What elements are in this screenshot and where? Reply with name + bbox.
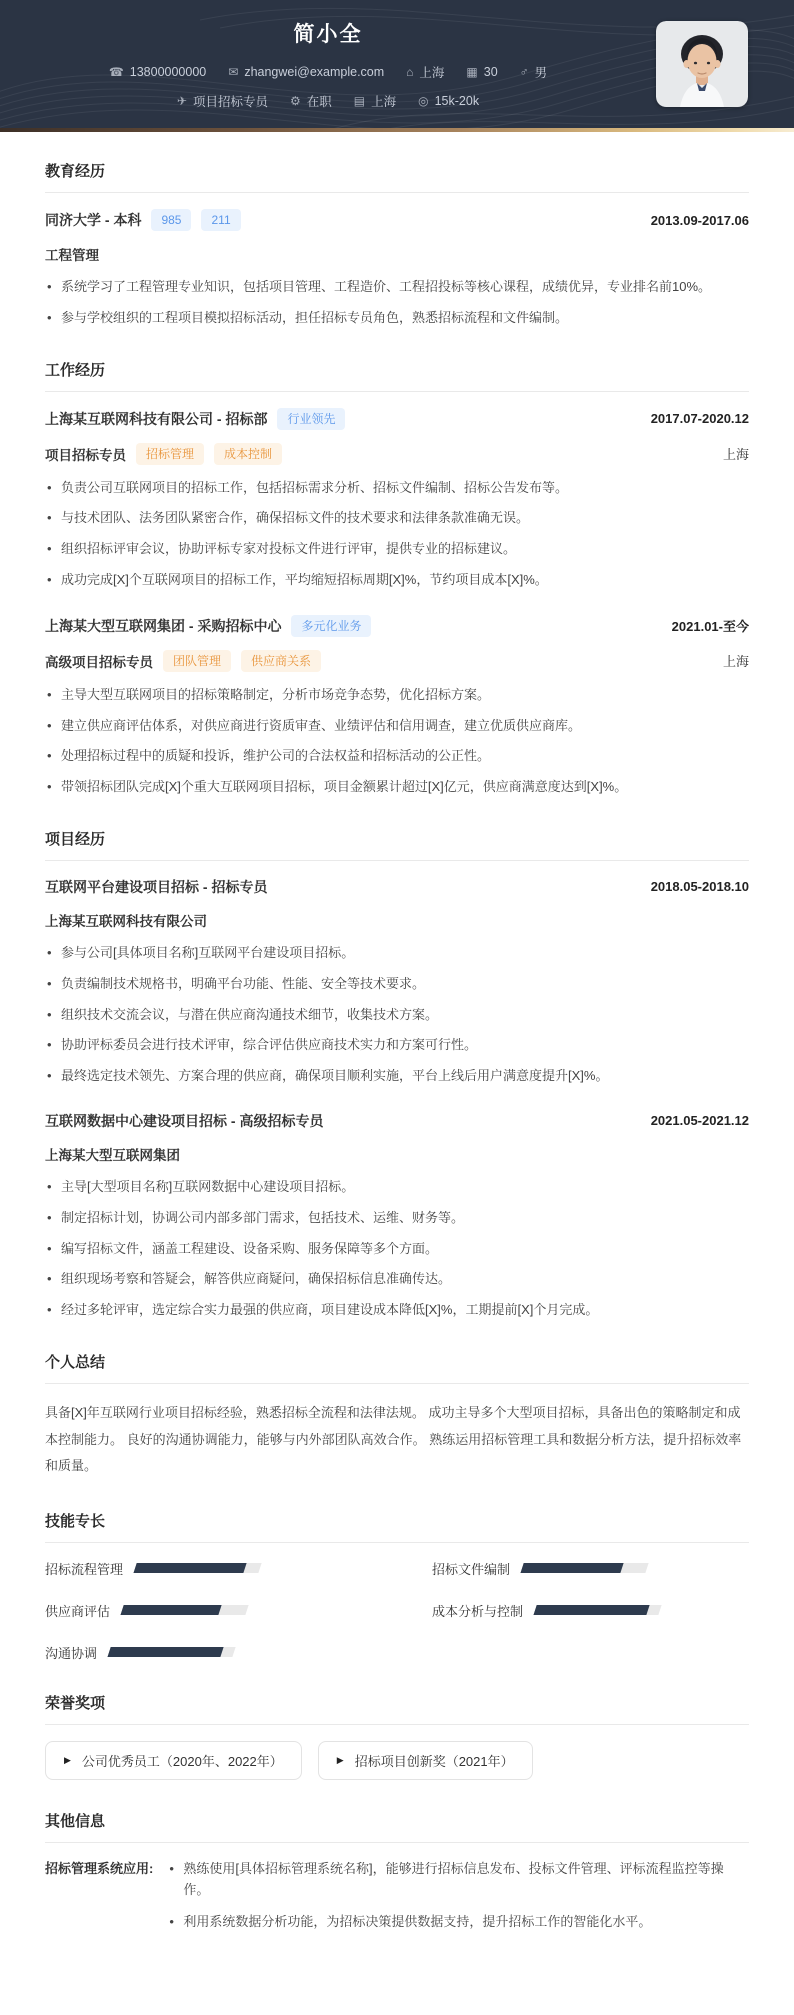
work-title: 工作经历: [45, 359, 749, 392]
candidate-name: 简小全: [0, 18, 656, 48]
education-entry: 同济大学 - 本科 985 211 2013.09-2017.06 工程管理 系…: [45, 209, 749, 329]
skill-bar-track: [120, 1605, 248, 1615]
summary-text: 具备[X]年互联网行业项目招标经验，熟悉招标全流程和法律法规。 成功主导多个大型…: [45, 1400, 749, 1480]
bullet-item: 组织招标评审会议，协助评标专家对投标文件进行评审，提供专业的招标建议。: [45, 539, 749, 560]
gear-icon: ⚙: [290, 95, 301, 107]
bullet-item: 系统学习了工程管理专业知识，包括项目管理、工程造价、工程招投标等核心课程，成绩优…: [45, 277, 749, 298]
job-status-item: ⚙ 在职: [290, 92, 332, 110]
skill-bar-track: [533, 1605, 661, 1615]
section-skills: 技能专长 招标流程管理 招标文件编制 供应商评估: [45, 1510, 749, 1662]
bullet-item: 协助评标委员会进行技术评审，综合评估供应商技术实力和方案可行性。: [45, 1035, 749, 1056]
home-icon: ⌂: [406, 66, 413, 78]
bullet-item: 主导[大型项目名称]互联网数据中心建设项目招标。: [45, 1177, 749, 1198]
work-entry: 上海某互联网科技有限公司 - 招标部 行业领先 2017.07-2020.12 …: [45, 408, 749, 591]
role-badge: 供应商关系: [241, 650, 321, 672]
work-date: 2017.07-2020.12: [651, 411, 749, 426]
honors-row: ▶ 公司优秀员工（2020年、2022年） ▶ 招标项目创新奖（2021年）: [45, 1741, 749, 1780]
company-name: 上海某大型互联网集团 - 采购招标中心: [45, 616, 281, 636]
resume-body: 教育经历 同济大学 - 本科 985 211 2013.09-2017.06 工…: [0, 132, 794, 2015]
badge-211: 211: [201, 209, 240, 231]
work-bullets: 主导大型互联网项目的招标策略制定，分析市场竞争态势，优化招标方案。建立供应商评估…: [45, 685, 749, 798]
skill-bar-fill: [133, 1563, 246, 1573]
role-badge: 团队管理: [163, 650, 231, 672]
work-role-row: 高级项目招标专员 团队管理 供应商关系 上海: [45, 650, 749, 672]
target-city-item: ▤ 上海: [354, 92, 396, 110]
gender-item: ♂ 男: [520, 63, 548, 81]
target-icon: ◎: [418, 95, 428, 107]
project-company: 上海某大型互联网集团: [45, 1144, 180, 1164]
section-honors: 荣誉奖项 ▶ 公司优秀员工（2020年、2022年） ▶ 招标项目创新奖（202…: [45, 1692, 749, 1780]
bullet-item: 带领招标团队完成[X]个重大互联网项目招标，项目金额累计超过[X]亿元，供应商满…: [45, 777, 749, 798]
bullet-item: 熟练使用[具体招标管理系统名称]，能够进行招标信息发布、投标文件管理、评标流程监…: [167, 1859, 749, 1901]
target-job-text: 项目招标专员: [193, 92, 268, 110]
skill-row: 招标流程管理: [45, 1559, 362, 1578]
work-role-row: 项目招标专员 招标管理 成本控制 上海: [45, 443, 749, 465]
skills-grid: 招标流程管理 招标文件编制 供应商评估: [45, 1559, 749, 1662]
bullet-item: 最终选定技术领先、方案合理的供应商，确保项目顺利实施，平台上线后用户满意度提升[…: [45, 1066, 749, 1087]
other-info-row: 招标管理系统应用: 熟练使用[具体招标管理系统名称]，能够进行招标信息发布、投标…: [45, 1859, 749, 1945]
project-company: 上海某互联网科技有限公司: [45, 910, 207, 930]
education-title: 教育经历: [45, 160, 749, 193]
work-location: 上海: [723, 651, 749, 670]
age-text: 30: [484, 65, 498, 79]
project-date: 2021.05-2021.12: [651, 1113, 749, 1128]
bullet-item: 编写招标文件，涵盖工程建设、设备采购、服务保障等多个方面。: [45, 1239, 749, 1260]
bullet-item: 建立供应商评估体系，对供应商进行资质审查、业绩评估和信用调查，建立优质供应商库。: [45, 716, 749, 737]
project-entry: 互联网数据中心建设项目招标 - 高级招标专员 2021.05-2021.12 上…: [45, 1111, 749, 1321]
education-date: 2013.09-2017.06: [651, 213, 749, 228]
role-badge: 招标管理: [136, 443, 204, 465]
resume-page: 简小全 ☎ 13800000000 ✉ zhangwei@example.com…: [0, 0, 794, 2015]
project-company-row: 上海某互联网科技有限公司: [45, 910, 749, 930]
resume-header: 简小全 ☎ 13800000000 ✉ zhangwei@example.com…: [0, 0, 794, 132]
education-bullets: 系统学习了工程管理专业知识，包括项目管理、工程造价、工程招投标等核心课程，成绩优…: [45, 277, 749, 329]
bullet-item: 组织技术交流会议，与潜在供应商沟通技术细节，收集技术方案。: [45, 1005, 749, 1026]
skill-label: 招标流程管理: [45, 1559, 123, 1578]
work-bullets: 负责公司互联网项目的招标工作，包括招标需求分析、招标文件编制、招标公告发布等。与…: [45, 478, 749, 591]
projects-title: 项目经历: [45, 828, 749, 861]
project-bullets: 参与公司[具体项目名称]互联网平台建设项目招标。负责编制技术规格书，明确平台功能…: [45, 943, 749, 1087]
target-job-item: ✈ 项目招标专员: [177, 92, 268, 110]
send-icon: ✈: [177, 95, 187, 107]
header-accent-bar: [0, 128, 794, 132]
company-badge: 多元化业务: [291, 615, 371, 637]
project-company-row: 上海某大型互联网集团: [45, 1144, 749, 1164]
email-item: ✉ zhangwei@example.com: [228, 65, 384, 79]
company-badge: 行业领先: [277, 408, 345, 430]
gender-text: 男: [535, 63, 548, 81]
skill-bar-track: [520, 1563, 648, 1573]
skill-row: 招标文件编制: [432, 1559, 749, 1578]
bullet-item: 参与公司[具体项目名称]互联网平台建设项目招标。: [45, 943, 749, 964]
avatar: [656, 21, 748, 107]
work-location: 上海: [723, 444, 749, 463]
other-bullets: 熟练使用[具体招标管理系统名称]，能够进行招标信息发布、投标文件管理、评标流程监…: [167, 1859, 749, 1945]
job-status-text: 在职: [307, 92, 332, 110]
location-item: ⌂ 上海: [406, 63, 444, 81]
project-date: 2018.05-2018.10: [651, 879, 749, 894]
skill-bar-fill: [520, 1563, 623, 1573]
work-company-row: 上海某互联网科技有限公司 - 招标部 行业领先 2017.07-2020.12: [45, 408, 749, 430]
target-city-text: 上海: [371, 92, 396, 110]
skills-title: 技能专长: [45, 1510, 749, 1543]
skill-label: 招标文件编制: [432, 1559, 510, 1578]
skill-bar-fill: [120, 1605, 221, 1615]
bullet-item: 参与学校组织的工程项目模拟招标活动，担任招标专员角色，熟悉招标流程和文件编制。: [45, 308, 749, 329]
project-entry: 互联网平台建设项目招标 - 招标专员 2018.05-2018.10 上海某互联…: [45, 877, 749, 1087]
skill-bar-track: [107, 1647, 235, 1657]
project-title-row: 互联网数据中心建设项目招标 - 高级招标专员 2021.05-2021.12: [45, 1111, 749, 1131]
skill-row: 供应商评估: [45, 1601, 362, 1620]
bullet-item: 与技术团队、法务团队紧密合作，确保招标文件的技术要求和法律条款准确无误。: [45, 508, 749, 529]
role-badge: 成本控制: [214, 443, 282, 465]
honor-text: 公司优秀员工（2020年、2022年）: [82, 1751, 283, 1770]
project-title-row: 互联网平台建设项目招标 - 招标专员 2018.05-2018.10: [45, 877, 749, 897]
skill-label: 成本分析与控制: [432, 1601, 523, 1620]
school-name: 同济大学 - 本科: [45, 210, 141, 230]
job-intent-row: ✈ 项目招标专员 ⚙ 在职 ▤ 上海 ◎ 15k-20k: [0, 92, 656, 110]
building-icon: ▤: [354, 95, 365, 107]
bullet-item: 负责公司互联网项目的招标工作，包括招标需求分析、招标文件编制、招标公告发布等。: [45, 478, 749, 499]
skill-label: 沟通协调: [45, 1643, 97, 1662]
salary-text: 15k-20k: [435, 94, 479, 108]
honors-title: 荣誉奖项: [45, 1692, 749, 1725]
play-icon: ▶: [64, 1756, 71, 1765]
gender-icon: ♂: [520, 66, 529, 78]
phone-number: 13800000000: [130, 65, 206, 79]
work-company-row: 上海某大型互联网集团 - 采购招标中心 多元化业务 2021.01-至今: [45, 615, 749, 637]
major-name: 工程管理: [45, 244, 99, 264]
other-title: 其他信息: [45, 1810, 749, 1843]
bullet-item: 主导大型互联网项目的招标策略制定，分析市场竞争态势，优化招标方案。: [45, 685, 749, 706]
salary-item: ◎ 15k-20k: [418, 94, 479, 108]
bullet-item: 成功完成[X]个互联网项目的招标工作，平均缩短招标周期[X]%，节约项目成本[X…: [45, 570, 749, 591]
section-work: 工作经历 上海某互联网科技有限公司 - 招标部 行业领先 2017.07-202…: [45, 359, 749, 798]
email-address: zhangwei@example.com: [244, 65, 384, 79]
education-title-row: 同济大学 - 本科 985 211 2013.09-2017.06: [45, 209, 749, 231]
bullet-item: 负责编制技术规格书，明确平台功能、性能、安全等技术要求。: [45, 974, 749, 995]
section-education: 教育经历 同济大学 - 本科 985 211 2013.09-2017.06 工…: [45, 160, 749, 329]
age-item: ▦ 30: [466, 65, 497, 79]
summary-title: 个人总结: [45, 1351, 749, 1384]
skill-row: 沟通协调: [45, 1643, 362, 1662]
work-date: 2021.01-至今: [672, 616, 749, 635]
contact-row: ☎ 13800000000 ✉ zhangwei@example.com ⌂ 上…: [0, 63, 656, 81]
project-bullets: 主导[大型项目名称]互联网数据中心建设项目招标。制定招标计划，协调公司内部多部门…: [45, 1177, 749, 1321]
bullet-item: 经过多轮评审，选定综合实力最强的供应商，项目建设成本降低[X]%，工期提前[X]…: [45, 1300, 749, 1321]
skill-row: 成本分析与控制: [432, 1601, 749, 1620]
skill-bar-track: [133, 1563, 261, 1573]
phone-item: ☎ 13800000000: [109, 65, 206, 79]
location-text: 上海: [419, 63, 444, 81]
bullet-item: 制定招标计划，协调公司内部多部门需求，包括技术、运维、财务等。: [45, 1208, 749, 1229]
honor-item: ▶ 招标项目创新奖（2021年）: [318, 1741, 533, 1780]
honor-text: 招标项目创新奖（2021年）: [355, 1751, 514, 1770]
skill-label: 供应商评估: [45, 1601, 110, 1620]
phone-icon: ☎: [109, 66, 124, 78]
bullet-item: 组织现场考察和答疑会，解答供应商疑问，确保招标信息准确传达。: [45, 1269, 749, 1290]
header-text-block: 简小全 ☎ 13800000000 ✉ zhangwei@example.com…: [0, 0, 656, 110]
play-icon: ▶: [337, 1756, 344, 1765]
bullet-item: 利用系统数据分析功能，为招标决策提供数据支持，提升招标工作的智能化水平。: [167, 1912, 749, 1933]
role-name: 项目招标专员: [45, 444, 126, 464]
badge-985: 985: [151, 209, 191, 231]
bullet-item: 处理招标过程中的质疑和投诉，维护公司的合法权益和招标活动的公正性。: [45, 746, 749, 767]
other-label: 招标管理系统应用:: [45, 1859, 153, 1880]
section-other: 其他信息 招标管理系统应用: 熟练使用[具体招标管理系统名称]，能够进行招标信息…: [45, 1810, 749, 1945]
profile-photo: [656, 21, 748, 107]
skill-bar-fill: [107, 1647, 223, 1657]
project-name: 互联网平台建设项目招标 - 招标专员: [45, 877, 267, 897]
work-entry: 上海某大型互联网集团 - 采购招标中心 多元化业务 2021.01-至今 高级项…: [45, 615, 749, 798]
mail-icon: ✉: [228, 66, 238, 78]
section-summary: 个人总结 具备[X]年互联网行业项目招标经验，熟悉招标全流程和法律法规。 成功主…: [45, 1351, 749, 1480]
project-name: 互联网数据中心建设项目招标 - 高级招标专员: [45, 1111, 323, 1131]
company-name: 上海某互联网科技有限公司 - 招标部: [45, 409, 267, 429]
section-projects: 项目经历 互联网平台建设项目招标 - 招标专员 2018.05-2018.10 …: [45, 828, 749, 1321]
honor-item: ▶ 公司优秀员工（2020年、2022年）: [45, 1741, 302, 1780]
calendar-icon: ▦: [466, 66, 477, 78]
skill-bar-fill: [533, 1605, 649, 1615]
role-name: 高级项目招标专员: [45, 651, 153, 671]
education-major-row: 工程管理: [45, 244, 749, 264]
